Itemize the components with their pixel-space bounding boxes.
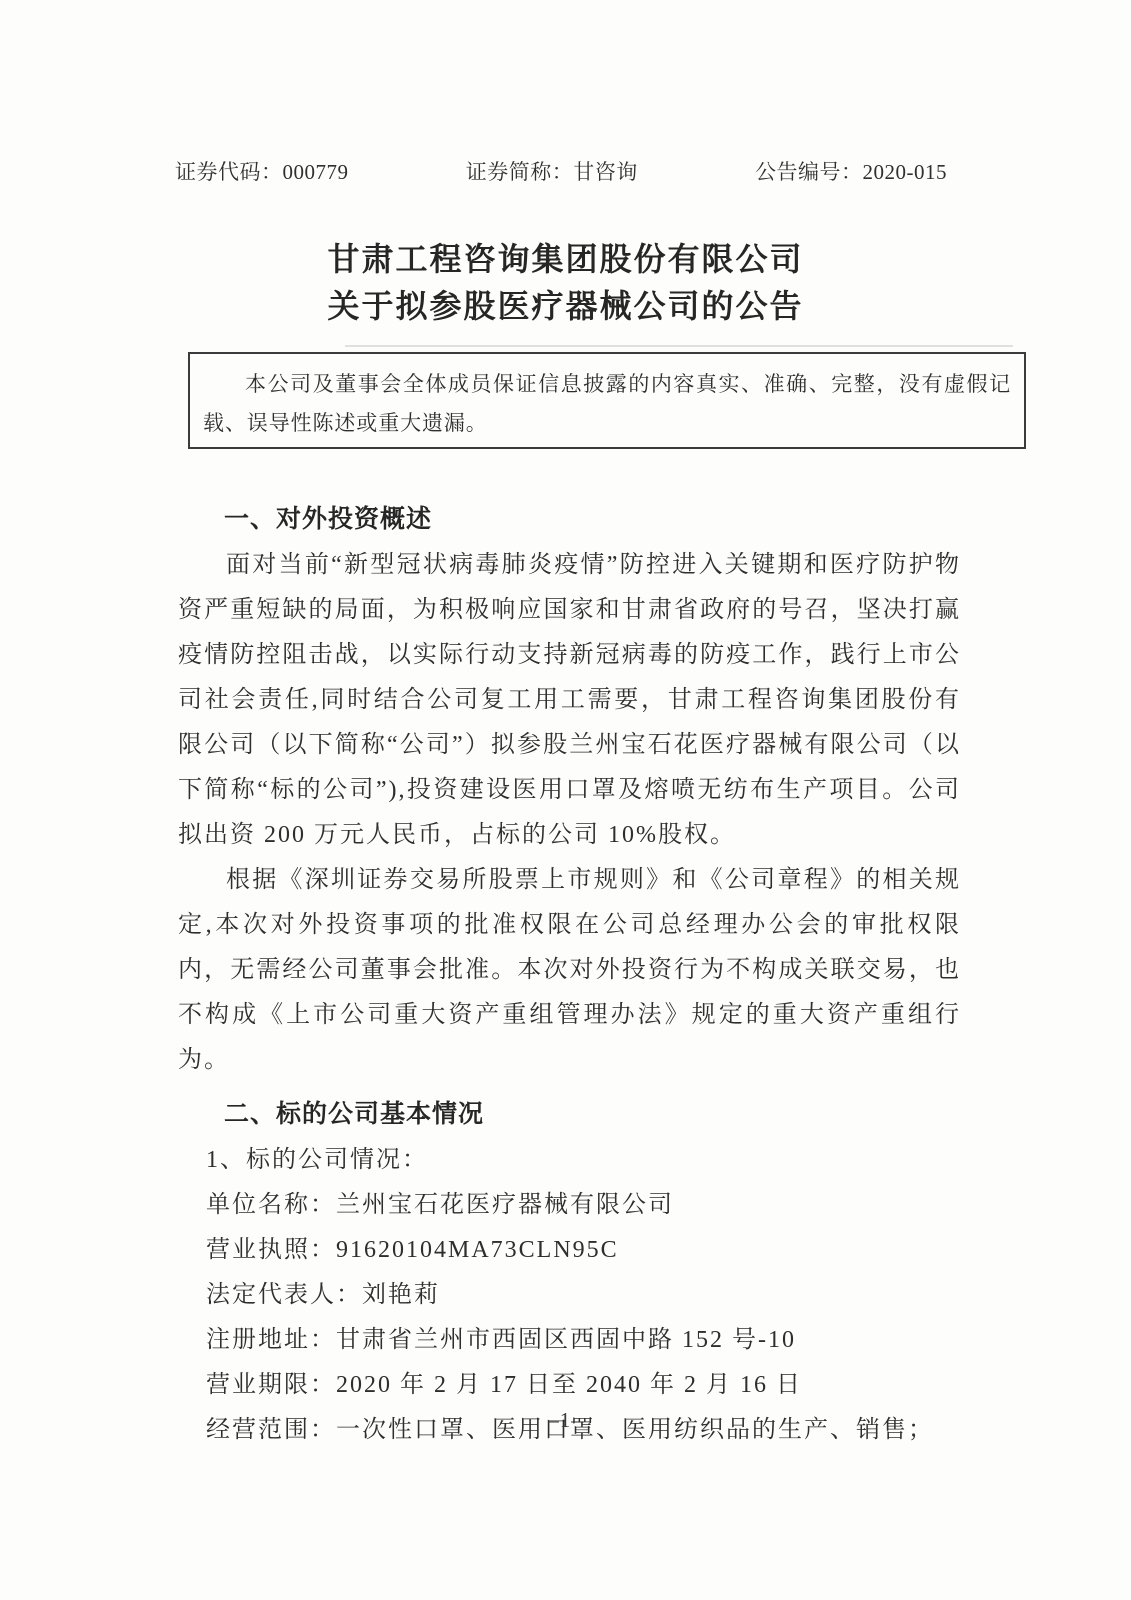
section1-paragraph1: 面对当前“新型冠状病毒肺炎疫情”防控进入关键期和医疗防护物资严重短缺的局面，为积… (178, 543, 961, 858)
section1-heading: 一、对外投资概述 (178, 495, 961, 543)
stock-abbreviation: 证券简称：甘咨询 (466, 158, 638, 186)
page-number: –1– (0, 1408, 1131, 1433)
disclaimer-box: 本公司及董事会全体成员保证信息披露的内容真实、准确、完整，没有虚假记载、误导性陈… (188, 352, 1026, 449)
company-name-line: 单位名称：兰州宝石花医疗器械有限公司 (178, 1183, 961, 1228)
legal-representative-line: 法定代表人：刘艳莉 (178, 1273, 961, 1318)
document-title: 甘肃工程咨询集团股份有限公司 关于拟参股医疗器械公司的公告 (0, 236, 1131, 330)
document-header: 证券代码：000779 证券简称：甘咨询 公告编号：2020-015 (175, 158, 947, 186)
document-page: 证券代码：000779 证券简称：甘咨询 公告编号：2020-015 甘肃工程咨… (0, 0, 1131, 1600)
section2-heading: 二、标的公司基本情况 (178, 1090, 961, 1138)
section1-paragraph2: 根据《深圳证券交易所股票上市规则》和《公司章程》的相关规定,本次对外投资事项的批… (178, 858, 961, 1083)
stock-code: 证券代码：000779 (175, 158, 349, 186)
target-company-subheading: 1、标的公司情况： (178, 1138, 961, 1183)
disclaimer-text: 本公司及董事会全体成员保证信息披露的内容真实、准确、完整，没有虚假记载、误导性陈… (203, 365, 1011, 443)
business-term-line: 营业期限：2020 年 2 月 17 日至 2040 年 2 月 16 日 (178, 1363, 961, 1408)
document-title-line2: 关于拟参股医疗器械公司的公告 (0, 283, 1131, 330)
business-license-line: 营业执照：91620104MA73CLN95C (178, 1228, 961, 1273)
document-title-line1: 甘肃工程咨询集团股份有限公司 (0, 236, 1131, 283)
document-body: 一、对外投资概述 面对当前“新型冠状病毒肺炎疫情”防控进入关键期和医疗防护物资严… (178, 495, 961, 1453)
registered-address-line: 注册地址：甘肃省兰州市西固区西固中路 152 号-10 (178, 1318, 961, 1363)
scan-artifact-line (345, 345, 1013, 347)
announcement-number: 公告编号：2020-015 (755, 158, 947, 186)
